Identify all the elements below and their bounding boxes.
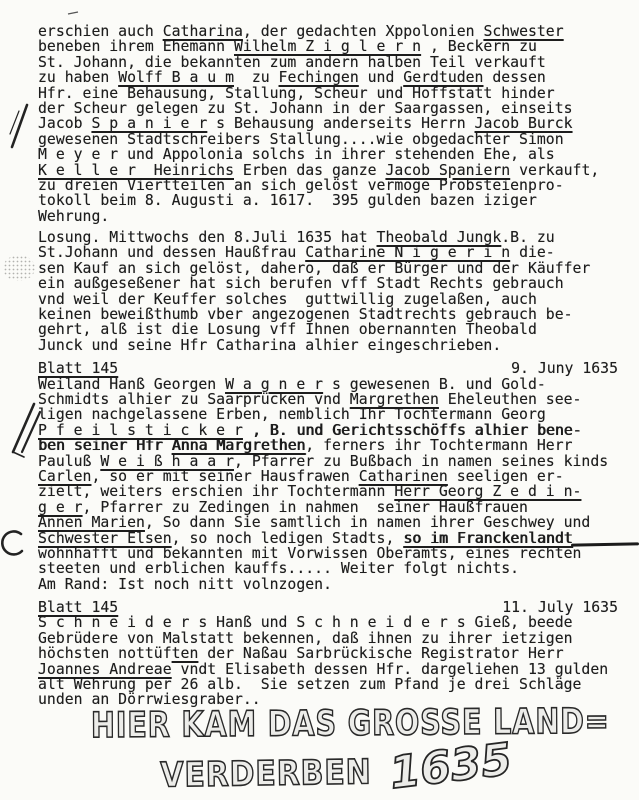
margin-slash-mark [10, 105, 27, 147]
text-line: M e y e r und Appolonia solchs in ihrer … [38, 147, 618, 162]
handwritten-note: HIER KAM DAS GROSSE LAND= VERDERBEN1635 [0, 704, 639, 796]
text-line: Gebrüdere von Malstatt bekennen, daß ihn… [38, 631, 618, 646]
entry-wagner-erben: Weiland Hanß Georgen W a g n e r s gewes… [38, 377, 618, 592]
entry-date: 11. July 1635 [502, 600, 618, 615]
text-line: Junck und seine Hfr Catharina alhier ein… [38, 338, 618, 353]
text-line: St. Johann, die bekannten zum andern hal… [38, 55, 618, 70]
text-line: Losung. Mittwochs den 8.Juli 1635 hat Th… [38, 230, 618, 245]
handwritten-line-2: VERDERBEN1635 [20, 745, 639, 796]
text-line: tokoll beim 8. Augusti a. 1617. 395 guld… [38, 193, 618, 208]
blatt-145-juny: Blatt 1459. Juny 1635 [38, 361, 618, 376]
entry-schneiders: S c h n e i d e r s Hanß und S c h n e i… [38, 615, 618, 707]
blatt-145-july: Blatt 14511. July 1635 [38, 600, 618, 615]
text-line: Pauluß W e i ß h a a r, Pfarrer zu Bußba… [38, 454, 618, 469]
text-line: ein außgeseßener hat sich berufen vff St… [38, 276, 618, 291]
text-line: vnd weil der Keuffer solches guttwillig … [38, 292, 618, 307]
text-line: Am Rand: Ist noch nitt volnzogen. [38, 577, 618, 592]
text-line: Schmidts alhier zu Saarprücken vnd Margr… [38, 392, 618, 407]
text-line: zu haben Wolff B a u m zu Fechingen und … [38, 70, 618, 85]
text-line: P f e i l s t i c k e r , B. und Gericht… [38, 423, 618, 438]
text-line: S c h n e i d e r s Hanß und S c h n e i… [38, 615, 618, 630]
text-line: gewesenen Stadtschreibers Stallung....wi… [38, 132, 618, 147]
entry-losung-1635: Losung. Mittwochs den 8.Juli 1635 hat Th… [38, 230, 618, 353]
text-line: Carlen, so er mit seiner Hausfrawen Cath… [38, 469, 618, 484]
text-line: wohnhafft und bekannten mit Vorwissen Ob… [38, 546, 618, 561]
fingerprint-smudge [3, 255, 35, 281]
handwritten-year-1635: 1635 [387, 734, 515, 800]
handwritten-word-verderben: VERDERBEN [160, 752, 372, 795]
text-line: alt Wehrung per 26 alb. Sie setzen zum P… [38, 677, 618, 692]
text-line: keinen beweißthumb vber angezogenen Stad… [38, 307, 618, 322]
entry-catharina-losung: erschien auch Catharina, der gedachten X… [38, 24, 618, 224]
text-line: K e l l e r Heinrichs Erben das ganze Ja… [38, 163, 618, 178]
text-line: Wehrung. [38, 209, 618, 224]
text-line: Schwester Elsen, so noch ledigen Stadts,… [38, 531, 618, 546]
text-line: Jacob S p a n i e r s Behausung andersei… [38, 116, 618, 131]
document-page: erschien auch Catharina, der gedachten X… [0, 0, 639, 800]
blatt-heading: Blatt 145 [38, 361, 118, 376]
text-line: beneben ihrem Ehemann Wilhelm Z i g l e … [38, 39, 618, 54]
text-line: g e r, Pfarrer zu Zedingen in nahmen sei… [38, 500, 618, 515]
text-segment: Wehrung. [38, 208, 109, 225]
entry-date: 9. Juny 1635 [511, 361, 618, 376]
text-segment: Junck und seine Hfr Catharina alhier ein… [38, 337, 501, 354]
text-line: ligen nachgelassene Erben, nemblich Ihr … [38, 407, 618, 422]
text-line: höchsten nottüften der Naßau Sarbrückisc… [38, 646, 618, 661]
underlined-text: so im Franckenlandt [403, 530, 572, 547]
margin-double-slash-mark [13, 404, 40, 457]
text-line: Hfr. eine Behausung, Stallung, Scheur un… [38, 86, 618, 101]
text-line: Weiland Hanß Georgen W a g n e r s gewes… [38, 377, 618, 392]
margin-circle-annotation [2, 531, 22, 554]
stray-pen-dash [68, 12, 78, 14]
text-segment: tokoll beim 8. Augusti a. 1617. 395 guld… [38, 192, 537, 209]
handwritten-line-1: HIER KAM DAS GROSSE LAND= [91, 702, 610, 746]
text-line: erschien auch Catharina, der gedachten X… [38, 24, 618, 39]
text-line: Annen Marien, So dann Sie samtlich in na… [38, 515, 618, 530]
text-line: ben seiner Hfr Anna Margrethen, ferners … [38, 438, 618, 453]
text-line: zielt, weiters erschien ihr Tochtermann … [38, 484, 618, 499]
blatt-heading: Blatt 145 [38, 600, 118, 615]
text-line: St.Johann und dessen Haußfrau Catharine … [38, 245, 618, 260]
typed-text: erschien auch Catharina, der gedachten X… [38, 24, 618, 708]
text-line: zu dreien Viertteilen an sich gelöst ver… [38, 178, 618, 193]
text-line: sen Kauf an sich gelöst, dahero, daß er … [38, 261, 618, 276]
text-line: der Scheur gelegen zu St. Johann in der … [38, 101, 618, 116]
text-line: steeten und erblichen kauffs..... Weiter… [38, 561, 618, 576]
text-line: Joannes Andreae vndt Elisabeth dessen Hf… [38, 662, 618, 677]
text-line: gehrt, alß ist die Losung vff Ihnen ober… [38, 322, 618, 337]
text-segment: Am Rand: Ist noch nitt volnzogen. [38, 576, 332, 593]
